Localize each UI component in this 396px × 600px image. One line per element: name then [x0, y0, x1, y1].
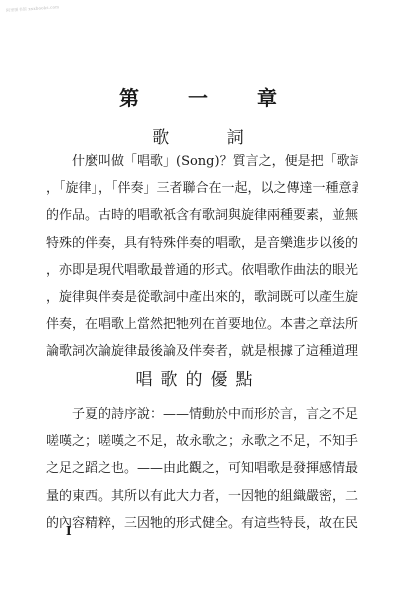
text-line: 什麼叫做「唱歌」(Song)？質言之，便是把「歌詞」 — [46, 148, 358, 175]
text-line: 量的東西。其所以有此大力者，一因牠的組織嚴密，二因牠 — [46, 483, 358, 510]
section-title-advantages: 唱歌的優點 — [0, 365, 396, 390]
chapter-title-char: 一 — [188, 82, 208, 111]
chapter-title-char: 章 — [257, 82, 277, 111]
text-line: 的作品。古時的唱歌祇含有歌詞與旋律兩種要素，並無所謂 — [46, 202, 358, 229]
chapter-title-char: 第 — [119, 82, 139, 111]
paragraph-definition-of-song: 什麼叫做「唱歌」(Song)？質言之，便是把「歌詞」 ，「旋律」，「伴奏」三者聯… — [46, 148, 358, 366]
text-line: 的內容精粹，三因牠的形式健全。有這些特長，故在民衆性 — [46, 510, 358, 537]
scan-watermark: 阿里图书馆 xxxbooks.com — [6, 4, 60, 14]
text-line: 嗟嘆之；嗟嘆之不足，故永歌之；永歌之不足，不知手之舞 — [46, 428, 358, 455]
text-line: ，「旋律」，「伴奏」三者聯合在一起，以之傳達一種意義 — [46, 175, 358, 202]
text-line: 特殊的伴奏，具有特殊伴奏的唱歌，是音樂進步以後的產品 — [46, 230, 358, 257]
text-line: 伴奏，在唱歌上當然把牠列在首要地位。本書之章法所以先 — [46, 311, 358, 338]
paragraph-advantages-of-song: 子夏的詩序說：——情動於中而形於言，言之不足，故 嗟嘆之；嗟嘆之不足，故永歌之；… — [46, 401, 358, 537]
text-line: 論歌詞次論旋律最後論及伴奏者，就是根據了這種道理。 — [46, 338, 358, 365]
section-title-char: 歌 — [152, 123, 169, 148]
page-number: I — [66, 524, 72, 538]
text-line: ，旋律與伴奏是從歌詞中產出來的，歌詞既可以產生旋律與 — [46, 284, 358, 311]
text-line: 之足之蹈之也。——由此觀之，可知唱歌是發揮感情最有力 — [46, 455, 358, 482]
text-line: 子夏的詩序說：——情動於中而形於言，言之不足，故 — [46, 401, 358, 428]
chapter-title: 第 一 章 — [0, 82, 396, 111]
section-title-lyrics: 歌 詞 — [0, 123, 396, 148]
text-line: ，亦即是現代唱歌最普通的形式。依唱歌作曲法的眼光看來 — [46, 257, 358, 284]
section-title-char: 詞 — [227, 123, 244, 148]
